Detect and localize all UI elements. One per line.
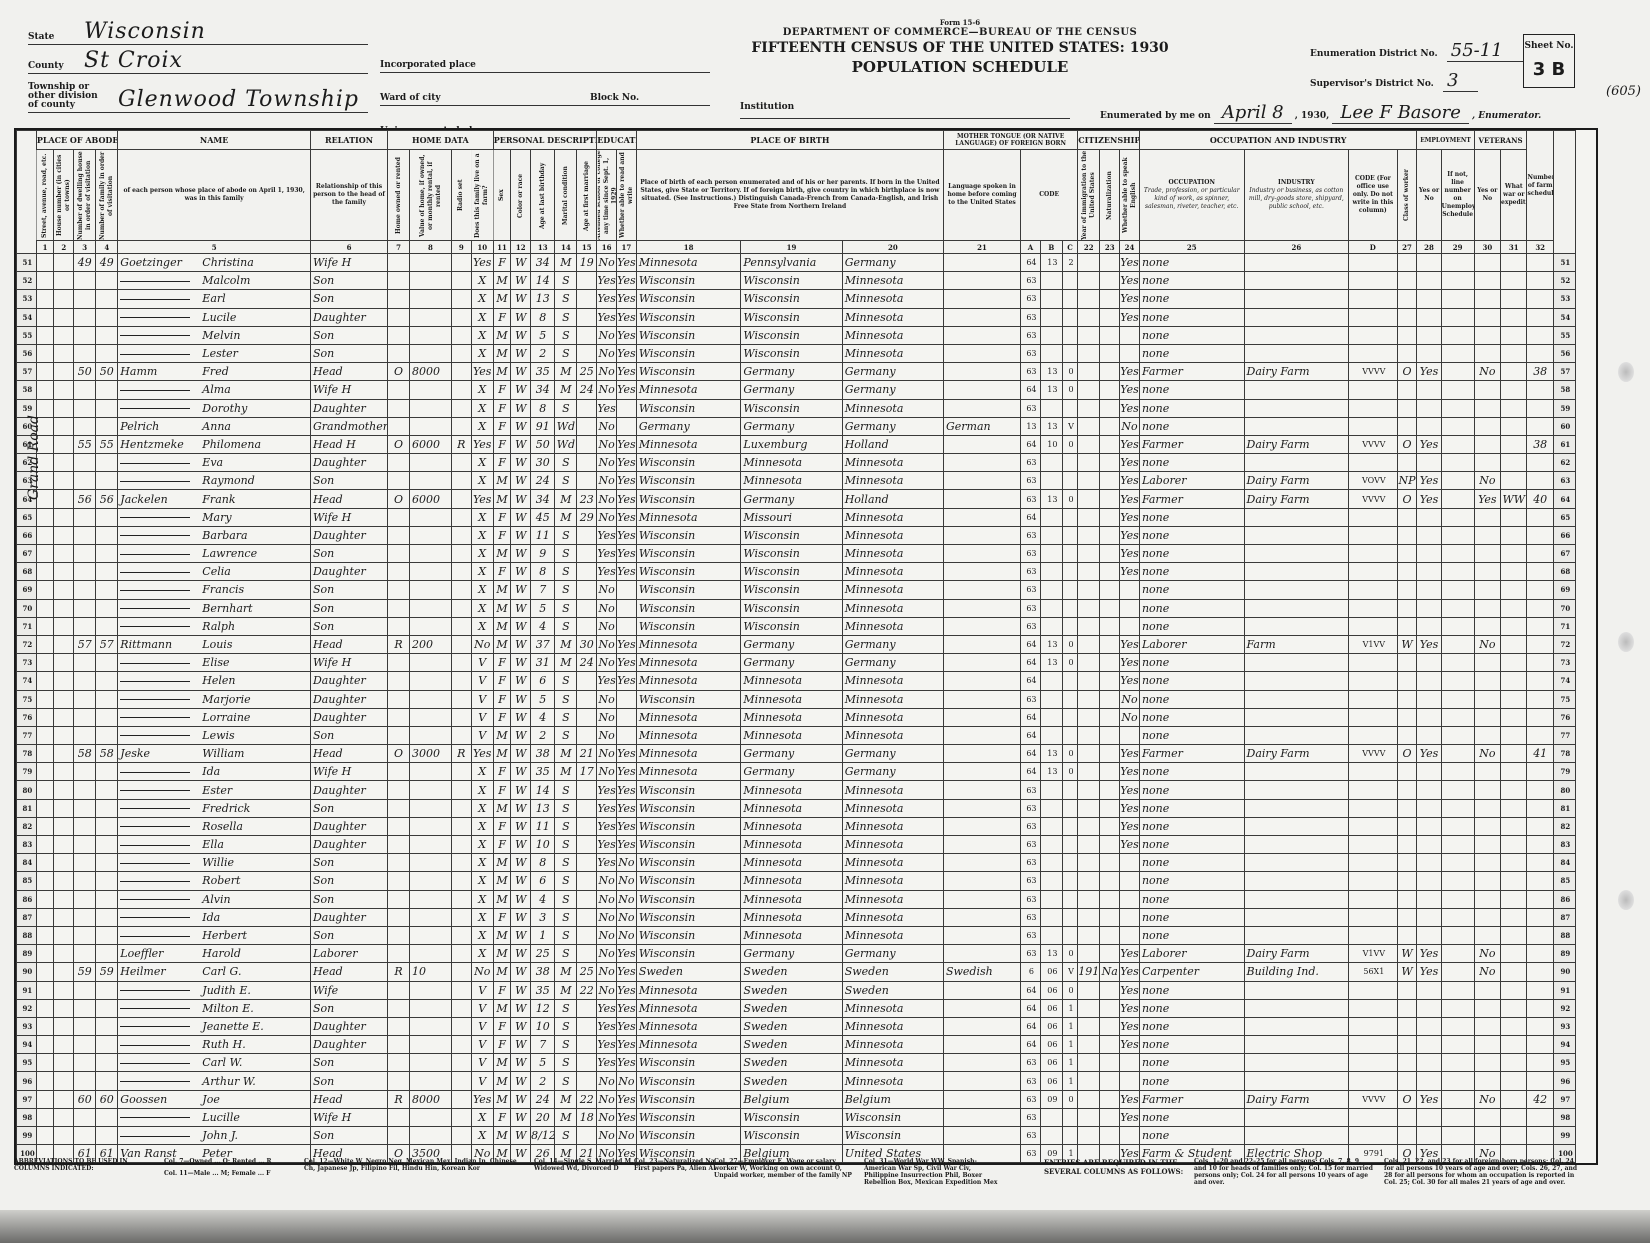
nat-cell bbox=[1100, 1108, 1120, 1126]
age-cell: 12 bbox=[531, 999, 555, 1017]
vet-cell bbox=[1474, 417, 1500, 435]
father-cell: Germany bbox=[741, 635, 842, 653]
unemp-cell bbox=[1441, 1127, 1474, 1145]
house-cell bbox=[54, 1108, 74, 1126]
farm-cell: X bbox=[471, 417, 493, 435]
cb-cell bbox=[1040, 817, 1062, 835]
father-cell: Minnesota bbox=[741, 817, 842, 835]
farm-cell: V bbox=[471, 1054, 493, 1072]
supervisor-district-field: Supervisor's District No. 3 bbox=[1310, 70, 1523, 100]
owned-cell bbox=[388, 508, 410, 526]
column-number: 5 bbox=[118, 241, 311, 254]
nat-cell bbox=[1100, 435, 1120, 453]
owned-cell: O bbox=[388, 435, 410, 453]
street-header: Street, avenue, road, etc. bbox=[36, 150, 54, 241]
age-cell: 14 bbox=[531, 781, 555, 799]
dwelling-cell bbox=[74, 581, 96, 599]
age-cell: 5 bbox=[531, 1054, 555, 1072]
occ-cell: none bbox=[1139, 1036, 1244, 1054]
school-cell: No bbox=[597, 435, 617, 453]
sex-cell: M bbox=[493, 326, 511, 344]
sex-cell: F bbox=[493, 435, 511, 453]
given-name: Melvin bbox=[202, 329, 240, 342]
birth-cell: Wisconsin bbox=[636, 945, 741, 963]
form-number: Form 15-6 bbox=[740, 18, 1180, 27]
relation-cell: Son bbox=[310, 1072, 387, 1090]
sex-cell: M bbox=[493, 872, 511, 890]
value-cell bbox=[410, 545, 452, 563]
war-cell bbox=[1501, 381, 1527, 399]
birth-cell: Wisconsin bbox=[636, 344, 741, 362]
birth-cell: Wisconsin bbox=[636, 1090, 741, 1108]
work-cell bbox=[1417, 508, 1441, 526]
occ-cell: none bbox=[1139, 563, 1244, 581]
fs-cell bbox=[1527, 708, 1553, 726]
ind-cell: Dairy Farm bbox=[1244, 745, 1349, 763]
read-cell: Yes bbox=[617, 1054, 637, 1072]
imm-cell bbox=[1078, 1090, 1100, 1108]
cd-cell bbox=[1349, 454, 1397, 472]
radio-cell bbox=[451, 326, 471, 344]
father-cell: Wisconsin bbox=[741, 1127, 842, 1145]
cd-cell bbox=[1349, 254, 1397, 272]
dwelling-cell bbox=[74, 872, 96, 890]
ca-cell: 63 bbox=[1021, 945, 1041, 963]
read-cell: Yes bbox=[617, 836, 637, 854]
street-cell bbox=[36, 563, 54, 581]
farm-cell: X bbox=[471, 890, 493, 908]
imm-cell bbox=[1078, 945, 1100, 963]
lang-cell bbox=[943, 690, 1020, 708]
eng-cell: Yes bbox=[1120, 781, 1140, 799]
industry-title: INDUSTRY bbox=[1245, 179, 1349, 187]
line-number: 74 bbox=[17, 672, 37, 690]
lang-cell bbox=[943, 344, 1020, 362]
occupation-note: Trade, profession, or particular kind of… bbox=[1140, 187, 1244, 211]
street-cell bbox=[36, 1108, 54, 1126]
cls-cell bbox=[1397, 763, 1417, 781]
cd-cell: VOVV bbox=[1349, 472, 1397, 490]
war-cell bbox=[1501, 654, 1527, 672]
birth-cell: Minnesota bbox=[636, 254, 741, 272]
house-cell bbox=[54, 272, 74, 290]
school-cell: No bbox=[597, 617, 617, 635]
lang-cell bbox=[943, 781, 1020, 799]
column-number: 8 bbox=[410, 241, 452, 254]
cb-cell bbox=[1040, 799, 1062, 817]
race-cell: W bbox=[511, 999, 531, 1017]
family-cell bbox=[96, 799, 118, 817]
line-number-right: 79 bbox=[1553, 763, 1575, 781]
war-cell bbox=[1501, 435, 1527, 453]
line-number: 91 bbox=[17, 981, 37, 999]
cb-cell bbox=[1040, 599, 1062, 617]
age-marr-cell: 24 bbox=[577, 654, 597, 672]
value-cell bbox=[410, 817, 452, 835]
house-cell bbox=[54, 563, 74, 581]
vet-cell bbox=[1474, 908, 1500, 926]
ind-cell bbox=[1244, 908, 1349, 926]
dwelling-cell bbox=[74, 708, 96, 726]
veterans-header: VETERANS bbox=[1474, 131, 1527, 150]
ca-cell: 63 bbox=[1021, 581, 1041, 599]
cls-cell bbox=[1397, 654, 1417, 672]
cb-cell bbox=[1040, 836, 1062, 854]
family-cell bbox=[96, 781, 118, 799]
eng-cell bbox=[1120, 599, 1140, 617]
eng-cell bbox=[1120, 617, 1140, 635]
radio-cell bbox=[451, 1054, 471, 1072]
fs-cell bbox=[1527, 617, 1553, 635]
occ-cell: none bbox=[1139, 1127, 1244, 1145]
cls-cell bbox=[1397, 254, 1417, 272]
marital-cell: M bbox=[555, 490, 577, 508]
marital-cell: S bbox=[555, 672, 577, 690]
line-number-right: 91 bbox=[1553, 981, 1575, 999]
line-number-right: 65 bbox=[1553, 508, 1575, 526]
farm-header: Does this family live on a farm? bbox=[471, 150, 493, 241]
imm-cell bbox=[1078, 254, 1100, 272]
farm-cell: X bbox=[471, 381, 493, 399]
given-name: Bernhart bbox=[202, 602, 252, 615]
cd-cell bbox=[1349, 1072, 1397, 1090]
read-cell: Yes bbox=[617, 781, 637, 799]
ca-cell: 64 bbox=[1021, 999, 1041, 1017]
cb-cell: 13 bbox=[1040, 417, 1062, 435]
eng-cell: Yes bbox=[1120, 272, 1140, 290]
mother-cell: Minnesota bbox=[842, 1036, 943, 1054]
age-cell: 2 bbox=[531, 344, 555, 362]
ind-cell bbox=[1244, 854, 1349, 872]
cc-cell bbox=[1062, 545, 1077, 563]
cls-cell bbox=[1397, 854, 1417, 872]
age-cell: 38 bbox=[531, 745, 555, 763]
table-row: 99John J.SonXMW8/12SNoNoWisconsinWiscons… bbox=[17, 1127, 1596, 1145]
farm-cell: V bbox=[471, 1072, 493, 1090]
dwelling-cell bbox=[74, 1036, 96, 1054]
read-cell: Yes bbox=[617, 508, 637, 526]
family-cell: 56 bbox=[96, 490, 118, 508]
ca-cell: 63 bbox=[1021, 563, 1041, 581]
ditto-dash bbox=[120, 463, 190, 464]
age-cell: 35 bbox=[531, 363, 555, 381]
farm-cell: Yes bbox=[471, 490, 493, 508]
value-cell bbox=[410, 999, 452, 1017]
eng-cell bbox=[1120, 872, 1140, 890]
family-cell bbox=[96, 545, 118, 563]
lang-cell bbox=[943, 1036, 1020, 1054]
township-field: Township or other division of county Gle… bbox=[28, 78, 368, 113]
lang-cell bbox=[943, 617, 1020, 635]
ind-cell: Dairy Farm bbox=[1244, 945, 1349, 963]
dwelling-cell bbox=[74, 381, 96, 399]
race-cell: W bbox=[511, 1090, 531, 1108]
farm-cell: X bbox=[471, 344, 493, 362]
line-number: 70 bbox=[17, 599, 37, 617]
line-number-right: 96 bbox=[1553, 1072, 1575, 1090]
marital-cell: S bbox=[555, 926, 577, 944]
family-cell bbox=[96, 381, 118, 399]
occ-cell: none bbox=[1139, 763, 1244, 781]
owned-cell bbox=[388, 526, 410, 544]
imm-cell bbox=[1078, 1017, 1100, 1035]
house-cell bbox=[54, 963, 74, 981]
value-cell bbox=[410, 981, 452, 999]
marital-cell: S bbox=[555, 690, 577, 708]
read-cell: Yes bbox=[617, 454, 637, 472]
race-cell: W bbox=[511, 526, 531, 544]
dwelling-cell: 60 bbox=[74, 1090, 96, 1108]
father-cell: Germany bbox=[741, 654, 842, 672]
nat-cell bbox=[1100, 326, 1120, 344]
sex-cell: F bbox=[493, 908, 511, 926]
age-marr-cell bbox=[577, 435, 597, 453]
unemp-cell bbox=[1441, 454, 1474, 472]
street-cell bbox=[36, 745, 54, 763]
dwelling-cell bbox=[74, 763, 96, 781]
line-number: 55 bbox=[17, 326, 37, 344]
cc-cell bbox=[1062, 872, 1077, 890]
dwelling-cell: 50 bbox=[74, 363, 96, 381]
read-cell: Yes bbox=[617, 254, 637, 272]
vet-cell bbox=[1474, 763, 1500, 781]
marital-cell: M bbox=[555, 1108, 577, 1126]
nat-cell bbox=[1100, 726, 1120, 744]
cc-cell bbox=[1062, 272, 1077, 290]
employment-header: EMPLOYMENT bbox=[1417, 131, 1474, 150]
enumeration-district-label: Enumeration District No. bbox=[1310, 49, 1438, 59]
work-cell: Yes bbox=[1417, 963, 1441, 981]
eng-cell: Yes bbox=[1120, 526, 1140, 544]
family-cell bbox=[96, 708, 118, 726]
vet-cell bbox=[1474, 599, 1500, 617]
imm-cell bbox=[1078, 690, 1100, 708]
fs-cell bbox=[1527, 817, 1553, 835]
abbrev-col12: Col. 12—White W, Negro Neg, Mexican Mex,… bbox=[304, 1158, 524, 1172]
line-number: 57 bbox=[17, 363, 37, 381]
supervisor-district-value: 3 bbox=[1443, 70, 1478, 92]
war-cell bbox=[1501, 326, 1527, 344]
eng-cell bbox=[1120, 1127, 1140, 1145]
street-cell bbox=[36, 272, 54, 290]
street-cell bbox=[36, 1017, 54, 1035]
cls-cell bbox=[1397, 799, 1417, 817]
work-cell bbox=[1417, 272, 1441, 290]
radio-cell bbox=[451, 708, 471, 726]
cb-cell: 09 bbox=[1040, 1090, 1062, 1108]
unemp-cell bbox=[1441, 999, 1474, 1017]
dwelling-cell bbox=[74, 272, 96, 290]
war-cell bbox=[1501, 563, 1527, 581]
occ-cell: none bbox=[1139, 781, 1244, 799]
radio-cell bbox=[451, 399, 471, 417]
dwelling-cell bbox=[74, 399, 96, 417]
sex-cell: F bbox=[493, 254, 511, 272]
occ-cell: none bbox=[1139, 326, 1244, 344]
name-cell: Raymond bbox=[118, 472, 311, 490]
age-marr-cell bbox=[577, 545, 597, 563]
occ-cell: none bbox=[1139, 399, 1244, 417]
language-header: Language spoken in home before coming to… bbox=[943, 150, 1020, 241]
ca-cell: 64 bbox=[1021, 745, 1041, 763]
cb-cell bbox=[1040, 890, 1062, 908]
dwelling-cell bbox=[74, 1054, 96, 1072]
age-marr-cell bbox=[577, 690, 597, 708]
relation-group-header: RELATION bbox=[310, 131, 387, 150]
street-cell bbox=[36, 254, 54, 272]
cls-cell bbox=[1397, 999, 1417, 1017]
owned-cell bbox=[388, 545, 410, 563]
marital-cell: M bbox=[555, 654, 577, 672]
birth-cell: Minnesota bbox=[636, 726, 741, 744]
cc-cell bbox=[1062, 726, 1077, 744]
street-cell bbox=[36, 363, 54, 381]
cc-cell bbox=[1062, 326, 1077, 344]
nat-cell bbox=[1100, 545, 1120, 563]
lang-cell bbox=[943, 272, 1020, 290]
line-number: 53 bbox=[17, 290, 37, 308]
value-cell bbox=[410, 836, 452, 854]
place-of-abode-header: PLACE OF ABODE bbox=[36, 131, 117, 150]
dwelling-cell: 59 bbox=[74, 963, 96, 981]
race-cell: W bbox=[511, 690, 531, 708]
ca-cell: 64 bbox=[1021, 672, 1041, 690]
cd-cell bbox=[1349, 999, 1397, 1017]
imm-cell bbox=[1078, 745, 1100, 763]
relation-cell: Daughter bbox=[310, 817, 387, 835]
unemp-cell bbox=[1441, 272, 1474, 290]
father-cell: Wisconsin bbox=[741, 399, 842, 417]
value-cell bbox=[410, 290, 452, 308]
war-cell bbox=[1501, 1072, 1527, 1090]
relation-cell: Daughter bbox=[310, 708, 387, 726]
school-cell: No bbox=[597, 1108, 617, 1126]
birth-cell: Minnesota bbox=[636, 1036, 741, 1054]
ditto-dash bbox=[120, 390, 190, 391]
house-cell bbox=[54, 890, 74, 908]
table-row: 62EvaDaughterXFW30SNoYesWisconsinMinneso… bbox=[17, 454, 1596, 472]
age-cell: 11 bbox=[531, 817, 555, 835]
street-cell bbox=[36, 890, 54, 908]
vet-cell bbox=[1474, 290, 1500, 308]
name-cell: Judith E. bbox=[118, 981, 311, 999]
line-number-right: 86 bbox=[1553, 890, 1575, 908]
cb-cell: 13 bbox=[1040, 654, 1062, 672]
ind-cell bbox=[1244, 254, 1349, 272]
column-number: 18 bbox=[636, 241, 741, 254]
read-cell: Yes bbox=[617, 635, 637, 653]
read-cell: Yes bbox=[617, 1090, 637, 1108]
fs-cell bbox=[1527, 308, 1553, 326]
ind-cell bbox=[1244, 799, 1349, 817]
school-cell: Yes bbox=[597, 1054, 617, 1072]
cb-cell bbox=[1040, 672, 1062, 690]
cb-cell: 06 bbox=[1040, 999, 1062, 1017]
sex-cell: M bbox=[493, 926, 511, 944]
age-marr-cell bbox=[577, 817, 597, 835]
farm-cell: X bbox=[471, 272, 493, 290]
nat-cell bbox=[1100, 308, 1120, 326]
eng-cell: Yes bbox=[1120, 945, 1140, 963]
birth-cell: Wisconsin bbox=[636, 1054, 741, 1072]
occ-cell: none bbox=[1139, 981, 1244, 999]
work-cell bbox=[1417, 454, 1441, 472]
eng-cell: Yes bbox=[1120, 745, 1140, 763]
read-cell bbox=[617, 617, 637, 635]
table-row: 785858JeskeWilliamHeadO3000RYesMW38M21No… bbox=[17, 745, 1596, 763]
age-marr-cell: 17 bbox=[577, 763, 597, 781]
value-cell bbox=[410, 1127, 452, 1145]
given-name: Harold bbox=[202, 947, 241, 960]
cls-cell bbox=[1397, 308, 1417, 326]
race-cell: W bbox=[511, 1036, 531, 1054]
marital-cell: S bbox=[555, 1054, 577, 1072]
sex-cell: M bbox=[493, 635, 511, 653]
nat-cell bbox=[1100, 363, 1120, 381]
name-cell: HentzmekePhilomena bbox=[118, 435, 311, 453]
mother-cell: Wisconsin bbox=[842, 1127, 943, 1145]
occ-cell: none bbox=[1139, 272, 1244, 290]
line-number-right: 74 bbox=[1553, 672, 1575, 690]
relation-cell: Head bbox=[310, 963, 387, 981]
read-cell: Yes bbox=[617, 563, 637, 581]
value-cell bbox=[410, 726, 452, 744]
owned-cell bbox=[388, 472, 410, 490]
marital-cell: S bbox=[555, 908, 577, 926]
cd-cell: VVVV bbox=[1349, 745, 1397, 763]
family-cell bbox=[96, 508, 118, 526]
marital-cell: S bbox=[555, 836, 577, 854]
ind-cell bbox=[1244, 399, 1349, 417]
vet-cell bbox=[1474, 690, 1500, 708]
relation-cell: Head bbox=[310, 363, 387, 381]
table-row: 74HelenDaughterVFW6SYesYesMinnesotaMinne… bbox=[17, 672, 1596, 690]
war-cell bbox=[1501, 617, 1527, 635]
occ-cell: Farmer bbox=[1139, 745, 1244, 763]
family-cell bbox=[96, 1072, 118, 1090]
sheet-number-box: Sheet No. 3 B bbox=[1523, 34, 1575, 88]
sex-cell: F bbox=[493, 654, 511, 672]
imm-cell bbox=[1078, 290, 1100, 308]
vet-cell bbox=[1474, 435, 1500, 453]
name-cell: Herbert bbox=[118, 926, 311, 944]
cd-cell bbox=[1349, 599, 1397, 617]
imm-cell bbox=[1078, 399, 1100, 417]
age-cell: 35 bbox=[531, 981, 555, 999]
school-cell: No bbox=[597, 963, 617, 981]
ditto-dash bbox=[120, 717, 190, 718]
house-cell bbox=[54, 763, 74, 781]
nat-cell bbox=[1100, 490, 1120, 508]
column-number: 22 bbox=[1078, 241, 1100, 254]
family-cell bbox=[96, 854, 118, 872]
owned-cell bbox=[388, 454, 410, 472]
mother-cell: Minnesota bbox=[842, 690, 943, 708]
column-number: 6 bbox=[310, 241, 387, 254]
birth-cell: Sweden bbox=[636, 963, 741, 981]
eng-cell: Yes bbox=[1120, 381, 1140, 399]
name-cell: JeskeWilliam bbox=[118, 745, 311, 763]
imm-cell bbox=[1078, 999, 1100, 1017]
column-number: 24 bbox=[1120, 241, 1140, 254]
family-cell bbox=[96, 1036, 118, 1054]
name-cell: Celia bbox=[118, 563, 311, 581]
age-marr-cell: 22 bbox=[577, 981, 597, 999]
unemp-cell bbox=[1441, 381, 1474, 399]
line-number: 66 bbox=[17, 526, 37, 544]
work-cell bbox=[1417, 563, 1441, 581]
age-cell: 10 bbox=[531, 836, 555, 854]
